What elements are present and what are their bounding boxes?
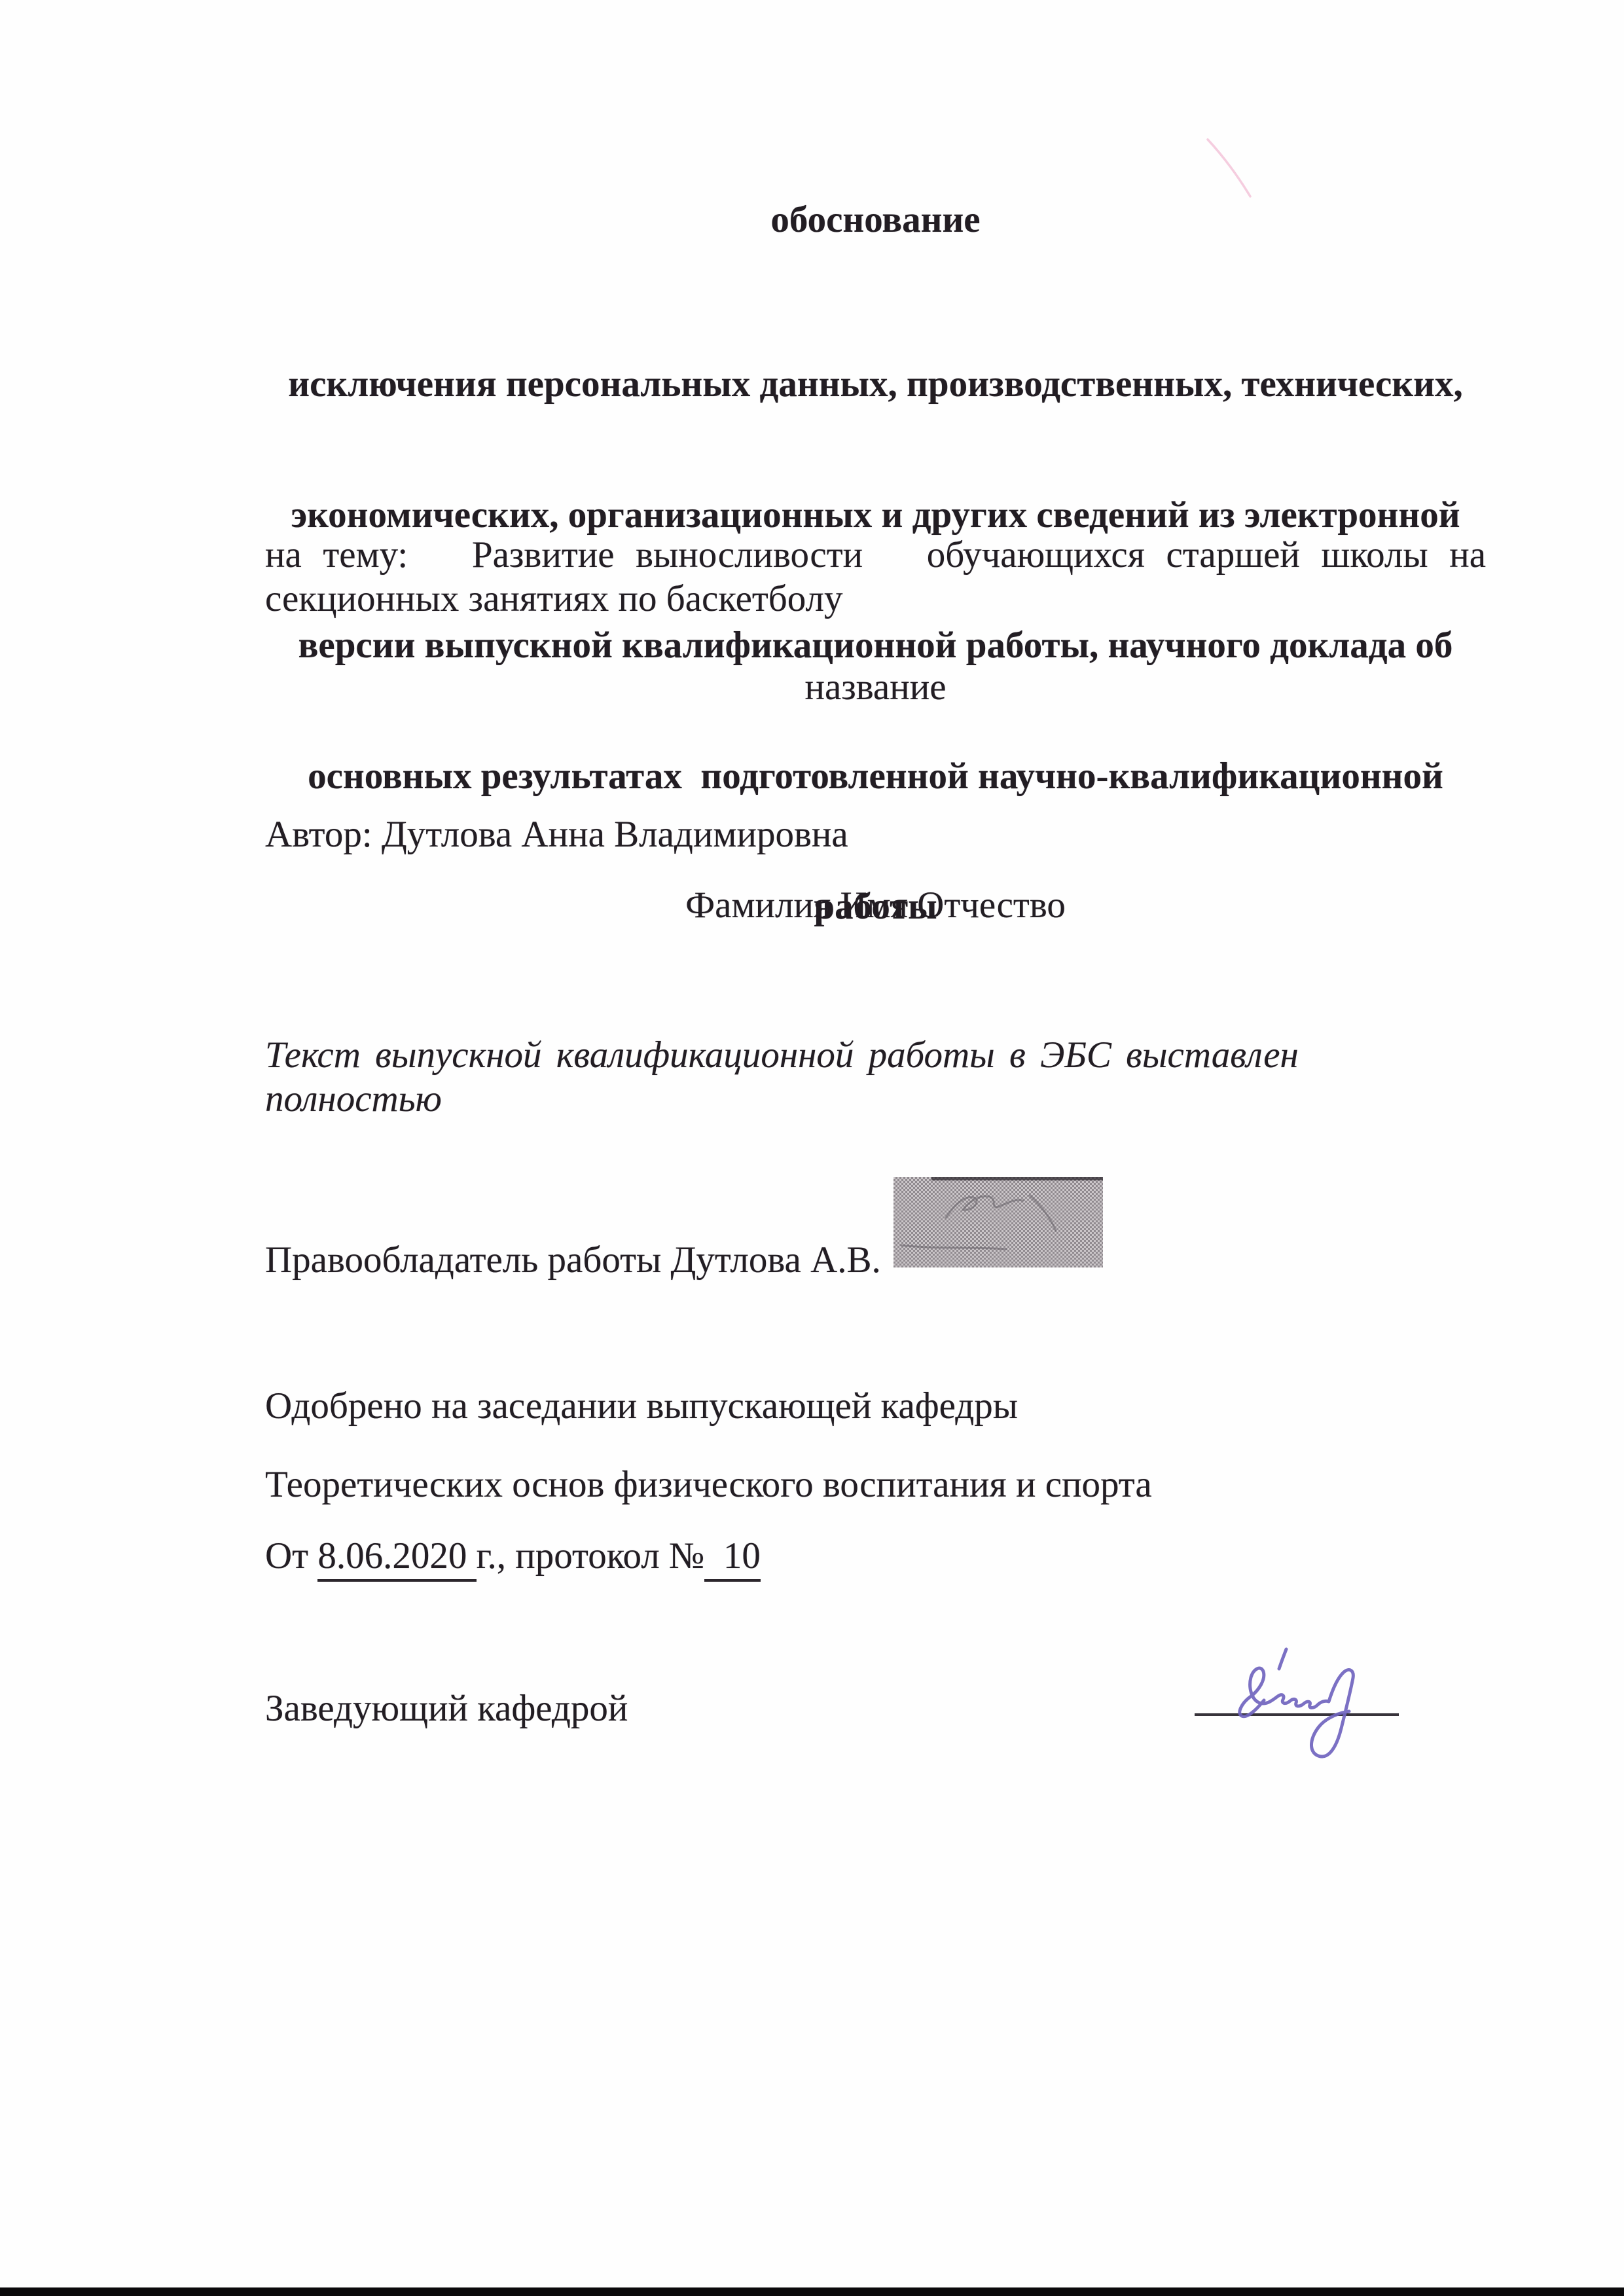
rights-holder-signature-squiggle [893,1177,1103,1267]
scan-edge-bar [0,2287,1624,2296]
protocol-date: 8.06.2020 [317,1535,476,1582]
subtitle-line: основных результатах подготовленной науч… [265,755,1486,799]
subtitle-line: экономических, организационных и других … [265,494,1486,538]
author-caption: Фамилия Имя Отчество [265,883,1486,927]
scan-artifact-pink-line [1204,134,1263,206]
approval-line: Одобрено на заседании выпускающей кафедр… [265,1384,1486,1428]
scanned-signature-stamp [893,1177,1103,1267]
protocol-line: От 8.06.2020 г., протокол № 10 [265,1534,1486,1578]
topic-line-2: секционных занятиях по баскетболу [265,577,1486,621]
scanned-document-page: обоснование исключения персональных данн… [0,0,1624,2296]
protocol-middle: г., протокол № [477,1535,705,1576]
topic-caption: название [265,665,1486,709]
rights-holder-line: Правообладатель работы Дутлова А.В. [265,1238,1486,1282]
topic-line-1: на тему: Развитие выносливости обучающих… [265,533,1486,577]
subtitle-line: исключения персональных данных, производ… [265,363,1486,407]
subtitle-line: версии выпускной квалификационной работы… [265,624,1486,668]
department-name-line: Теоретических основ физического воспитан… [265,1463,1486,1506]
protocol-number: 10 [704,1535,761,1582]
protocol-prefix: От [265,1535,317,1576]
head-of-department-signature [1214,1640,1398,1777]
document-title: обоснование [265,198,1486,242]
ebs-statement: Текст выпускной квалификационной работы … [265,1033,1486,1121]
author-line: Автор: Дутлова Анна Владимировна [265,812,1486,856]
